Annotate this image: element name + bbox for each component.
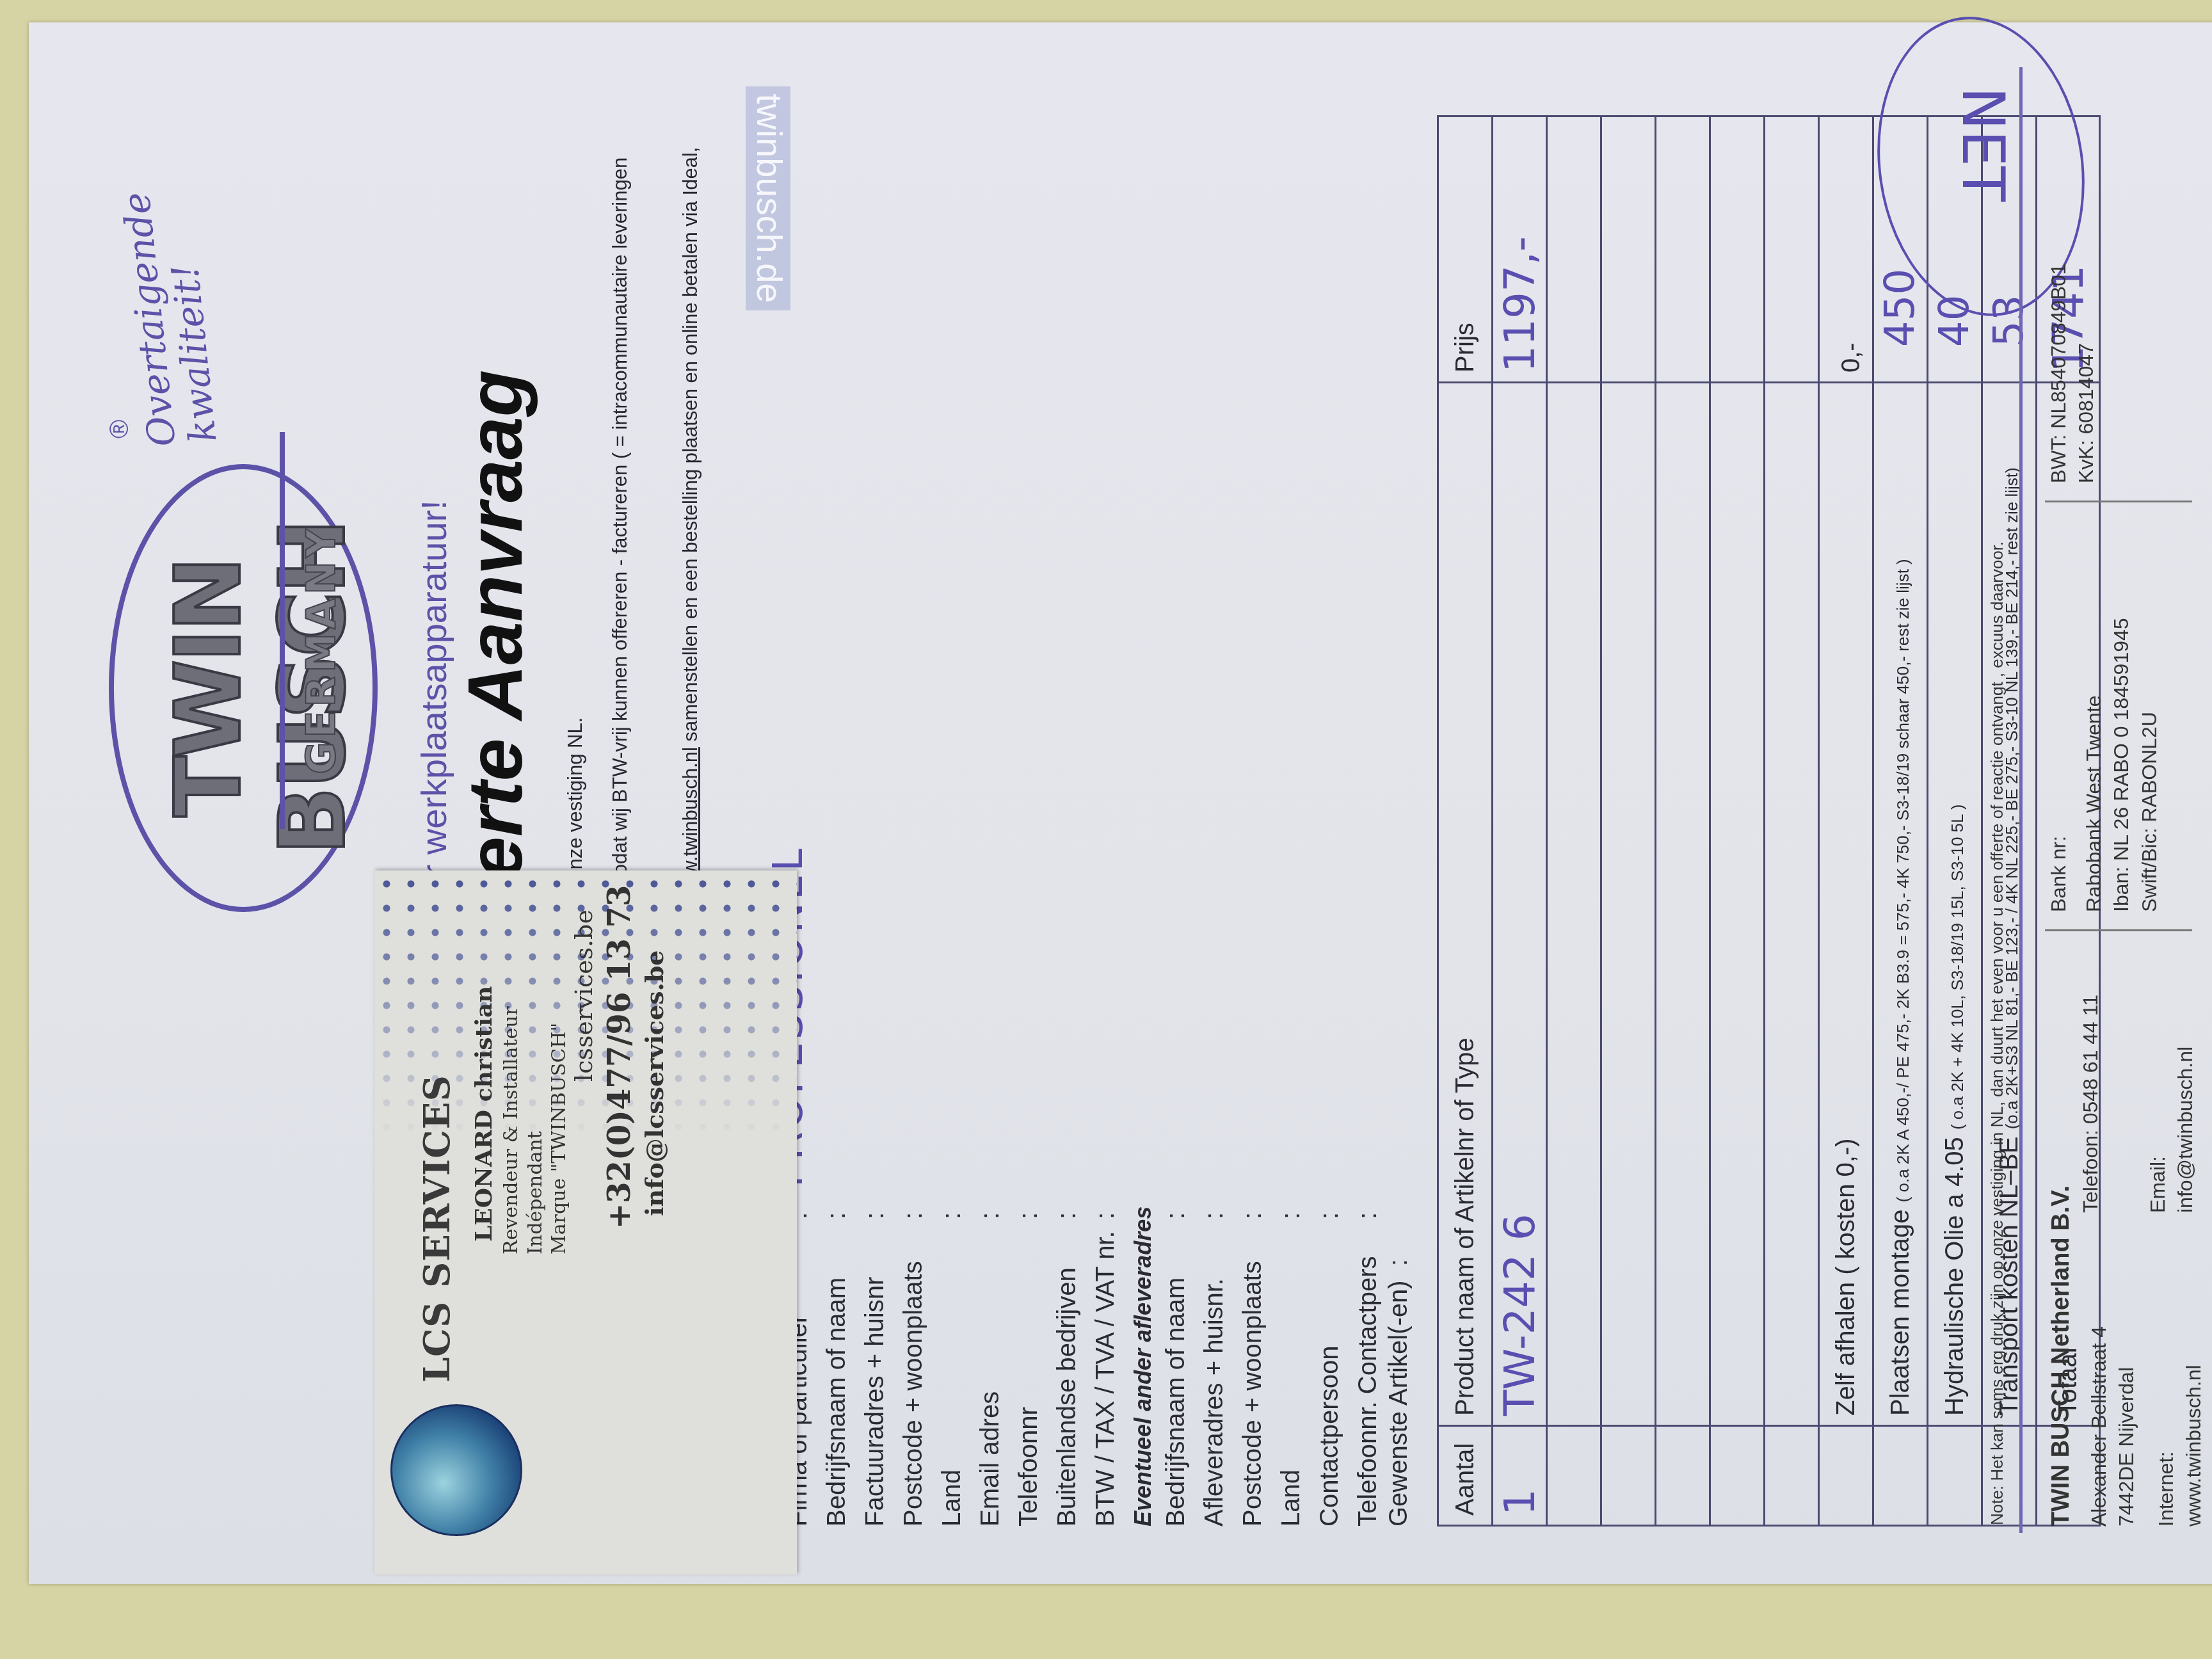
header-price-text: Prijs	[1451, 323, 1479, 373]
cell-price[interactable]	[1656, 116, 1710, 383]
cell-price[interactable]	[1547, 116, 1601, 383]
form-field-row: Postcode + woonplaats:	[894, 1141, 933, 1527]
footer-iban: Iban: NL 26 RABO 0 184591945	[2108, 618, 2135, 912]
footer-email[interactable]: info@twinbusch.nl	[2172, 995, 2199, 1213]
form-field-label: Postcode + woonplaats	[899, 1261, 927, 1527]
cell-price[interactable]: 1197,-	[1493, 116, 1547, 383]
service-row: Hydraulische Olie a 4.05 ( o.a 2K + 4K 1…	[1928, 116, 1982, 1526]
service-qty[interactable]	[1819, 1426, 1873, 1526]
footer-contact-block: Telefoon: 0548 61 44 11 Email: info@twin…	[2077, 995, 2200, 1213]
business-card: LCS SERVICES LEONARD christian Revendeur…	[374, 870, 797, 1575]
form-field-label: Email adres	[976, 1391, 1004, 1527]
handwritten-service-price: 450	[1877, 269, 1924, 347]
cell-qty[interactable]: 1	[1493, 1426, 1547, 1526]
form-field-label: BTW / TAX / TVA / VAT nr.	[1091, 1231, 1119, 1527]
cell-qty[interactable]	[1710, 1426, 1765, 1526]
handwritten-net: NET	[1949, 87, 2016, 202]
card-name: LEONARD christian	[470, 986, 497, 1242]
form-field-label: Afleveradres + huisnr.	[1200, 1278, 1228, 1527]
delivery-section: Eventueel ander afleveradres Bedrijfsnaa…	[1130, 1206, 1387, 1527]
cell-product[interactable]	[1656, 383, 1710, 1426]
cell-qty[interactable]	[1547, 1426, 1601, 1526]
articles-label: Gewenste Artikel(-en) :	[1379, 1259, 1418, 1527]
footer-kvk: KvK: 60814047	[2072, 264, 2100, 483]
cell-price[interactable]	[1710, 116, 1765, 383]
form-field-colon[interactable]: :	[1048, 1212, 1086, 1219]
card-role-line-2: Marque "TWINBUSCH"	[547, 934, 572, 1382]
service-price[interactable]: 0,-	[1819, 116, 1873, 383]
form-field-row: Email adres:	[971, 1141, 1009, 1527]
footer-separator-2	[2045, 501, 2192, 502]
form-field-row: Contactpersoon:	[1310, 1206, 1349, 1527]
form-field-colon[interactable]: :	[1349, 1212, 1387, 1219]
form-field-row: Bedrijfsnaam of naam:	[817, 1141, 856, 1527]
cell-product-text: TW-242 6	[1495, 1214, 1544, 1416]
background-banner: twinbusch.de	[746, 86, 790, 310]
footer-bank-name: Rabobank West Twente	[2080, 618, 2108, 912]
table-row	[1547, 116, 1601, 1526]
form-field-label: Factuuradres + huisnr	[861, 1277, 889, 1527]
service-detail: ( o.a 2K A 450,-/ PE 475,- 2K B3.9 = 575…	[1893, 559, 1912, 1202]
form-field-label: Land	[1277, 1470, 1305, 1527]
form-field-colon[interactable]: :	[971, 1212, 1009, 1219]
footer-email-label: Email:	[2144, 995, 2172, 1213]
service-qty[interactable]	[1873, 1426, 1928, 1526]
form-field-row: Factuuradres + huisnr:	[856, 1141, 894, 1527]
card-role: Revendeur & Installateur Indépendant Mar…	[499, 934, 572, 1382]
cell-product[interactable]	[1547, 383, 1601, 1426]
header-product: Product naam of Artikelnr of Type	[1438, 383, 1493, 1426]
form-field-colon[interactable]: :	[856, 1212, 894, 1219]
form-field-row: Land:	[1272, 1206, 1310, 1527]
form-field-colon[interactable]: :	[894, 1212, 933, 1219]
footer-registration-block: BWT: NL854070849B01 KvK: 60814047	[2045, 264, 2100, 483]
card-role-line-1: Revendeur & Installateur Indépendant	[499, 934, 547, 1382]
footer-btw: BWT: NL854070849B01	[2045, 264, 2072, 483]
registered-mark: ®	[106, 420, 134, 438]
footer-bank-label: Bank nr:	[2045, 618, 2072, 912]
table-row	[1765, 116, 1819, 1526]
service-label: Hydraulische Olie a 4.05 ( o.a 2K + 4K 1…	[1928, 383, 1982, 1426]
service-label-text: Plaatsen montage	[1886, 1210, 1914, 1416]
card-brand: LCS SERVICES	[416, 1075, 458, 1382]
form-field-label: Buitenlandse bedrijven	[1053, 1267, 1081, 1527]
footer-swift: Swift/Bic: RABONL2U	[2136, 618, 2163, 912]
cell-qty[interactable]	[1601, 1426, 1656, 1526]
table-row	[1710, 116, 1765, 1526]
card-email: info@lcsservices.be	[640, 950, 669, 1216]
form-field-row: BTW / TAX / TVA / VAT nr.:	[1086, 1141, 1125, 1527]
service-label: Zelf afhalen ( kosten 0,-)	[1819, 383, 1873, 1426]
cell-qty[interactable]	[1765, 1426, 1819, 1526]
service-row: Zelf afhalen ( kosten 0,-) 0,-	[1819, 116, 1873, 1526]
service-qty[interactable]	[1928, 1426, 1982, 1526]
delivery-section-heading: Eventueel ander afleveradres	[1130, 1206, 1157, 1527]
quote-request-form: twinbusch.de TWIN BUSCH GERMANY ® Overta…	[29, 22, 2212, 1584]
tagline: Overtaigende kwaliteit!	[120, 223, 224, 448]
header-qty-text: Aantal	[1451, 1443, 1479, 1516]
table-row: 1TW-242 61197,-	[1493, 116, 1547, 1526]
form-field-row: Afleveradres + huisnr.:	[1195, 1206, 1233, 1527]
form-field-row: Bedrijfsnaam of naam:	[1157, 1206, 1195, 1527]
delivery-field-list: Bedrijfsnaam of naam:Afleveradres + huis…	[1157, 1206, 1387, 1527]
note-text: Note: Het kan soms erg druk zijn op onze…	[1987, 541, 2007, 1525]
form-field-colon[interactable]: :	[817, 1212, 856, 1219]
footer-divider	[2019, 67, 2023, 1533]
footer-phone-label: Telefoon:	[2079, 1130, 2102, 1213]
form-field-row: Telefoonnr:	[1009, 1141, 1048, 1527]
form-field-colon[interactable]: :	[1233, 1212, 1272, 1219]
card-website: lcsservices.be	[570, 910, 598, 1082]
service-label: Plaatsen montage ( o.a 2K A 450,-/ PE 47…	[1873, 383, 1928, 1426]
form-field-label: Bedrijfsnaam of naam	[822, 1278, 851, 1527]
footer-company: TWIN BUSCH Netherland B.V.	[2045, 1040, 2078, 1527]
cell-product[interactable]	[1710, 383, 1765, 1426]
form-field-colon[interactable]: :	[1009, 1212, 1048, 1219]
service-label-text: Zelf afhalen ( kosten 0,-)	[1832, 1138, 1860, 1416]
form-field-row: Postcode + woonplaats:	[1233, 1206, 1272, 1527]
service-label-text: Hydraulische Olie a 4.05	[1941, 1137, 1969, 1416]
service-row: Plaatsen montage ( o.a 2K A 450,-/ PE 47…	[1873, 116, 1928, 1526]
footer-bank-block: Bank nr: Rabobank West Twente Iban: NL 2…	[2045, 618, 2163, 912]
service-price-text: 0,-	[1837, 342, 1865, 373]
cell-price[interactable]	[1601, 116, 1656, 383]
table-row	[1656, 116, 1710, 1526]
form-field-label: Postcode + woonplaats	[1238, 1261, 1267, 1527]
footer-separator-1	[2045, 929, 2192, 931]
cell-qty-text: 1	[1495, 1489, 1544, 1516]
logo-underline	[280, 432, 285, 829]
footer-phone: 0548 61 44 11	[2079, 995, 2102, 1124]
header-product-text: Product naam of Artikelnr of Type	[1451, 1038, 1479, 1416]
logo-sub-text: GERMANY	[298, 432, 344, 867]
globe-logo-icon	[390, 1404, 522, 1536]
header-qty: Aantal	[1438, 1426, 1493, 1526]
card-phone: +32(0)477/96 13 73	[602, 885, 637, 1229]
form-field-colon[interactable]: :	[933, 1212, 971, 1219]
cell-product[interactable]	[1765, 383, 1819, 1426]
header-price: Prijs	[1438, 116, 1493, 383]
form-field-label: Contactpersoon	[1315, 1346, 1343, 1527]
invoice-section: Gegevens voor de Offerte - Factuur Firma…	[752, 1141, 1125, 1527]
form-field-colon[interactable]: :	[1086, 1212, 1125, 1219]
form-field-row: Land:	[933, 1141, 971, 1527]
cell-product[interactable]	[1601, 383, 1656, 1426]
form-field-colon[interactable]: :	[1310, 1212, 1349, 1219]
cell-price[interactable]	[1765, 116, 1819, 383]
table-row	[1601, 116, 1656, 1526]
form-field-row: Buitenlandse bedrijven:	[1048, 1141, 1086, 1527]
form-field-label: Telefoonnr	[1014, 1407, 1043, 1527]
form-field-colon[interactable]: :	[1157, 1212, 1195, 1219]
cell-qty[interactable]	[1656, 1426, 1710, 1526]
cell-product[interactable]: TW-242 6	[1493, 383, 1547, 1426]
form-field-label: Bedrijfsnaam of naam	[1162, 1278, 1190, 1527]
form-field-label: Telefoonnr. Contactpers	[1354, 1256, 1382, 1527]
form-field-label: Land	[938, 1470, 966, 1527]
articles-label-text: Gewenste Artikel(-en)	[1384, 1280, 1413, 1527]
invoice-field-list: Firma of particulier:Bedrijfsnaam of naa…	[779, 1141, 1125, 1527]
form-field-colon[interactable]: :	[1195, 1212, 1233, 1219]
form-field-colon[interactable]: :	[1272, 1212, 1310, 1219]
table-header-row: AantalProduct naam of Artikelnr of TypeP…	[1438, 116, 1493, 1526]
service-detail: ( o.a 2K + 4K 10L, S3-18/19 15L, S3-10 5…	[1948, 805, 1967, 1130]
cell-price-text: 1197,-	[1495, 236, 1544, 373]
